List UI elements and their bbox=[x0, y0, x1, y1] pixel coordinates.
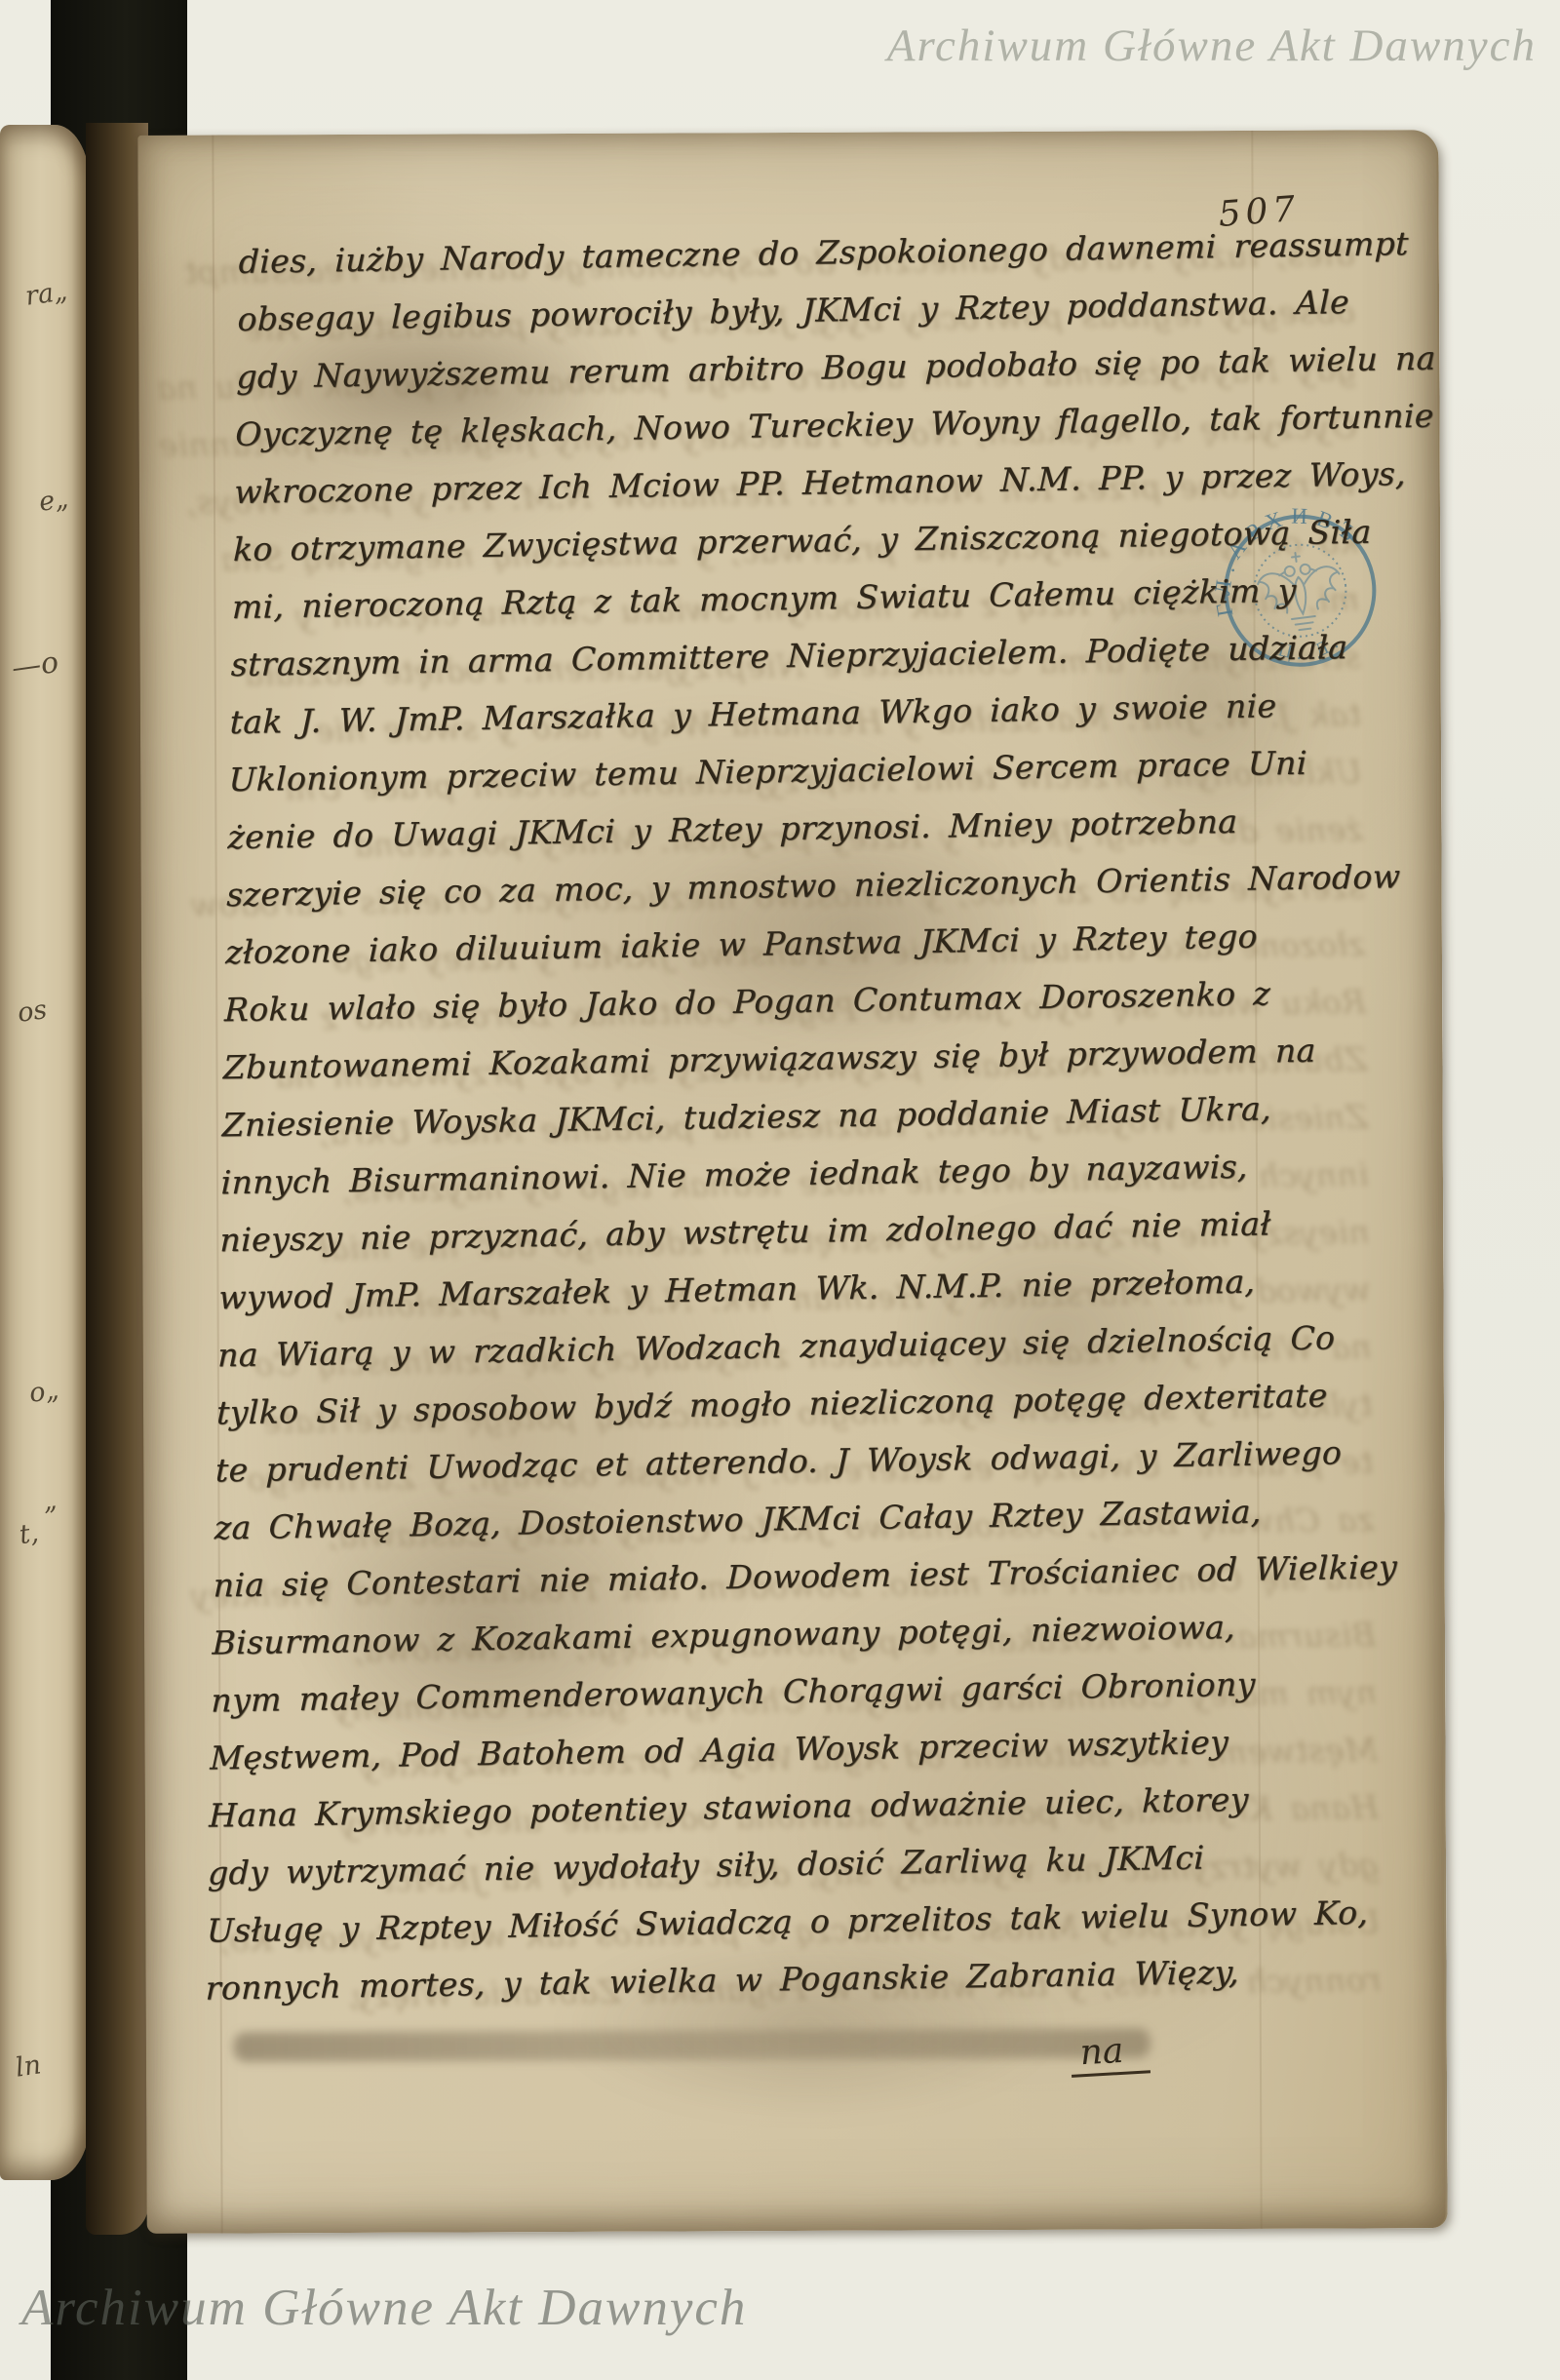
prev-page-text-fragment: os bbox=[16, 996, 49, 1027]
manuscript-page: 507 dies, iużby Narody tameczne do Zspok… bbox=[137, 130, 1447, 2234]
prev-page-text-fragment: „ bbox=[41, 1487, 58, 1515]
prev-page-text-fragment: t, bbox=[18, 1520, 40, 1548]
previous-page-fragments: ra„e„—ooso„„t,ln bbox=[0, 125, 90, 2180]
prev-page-text-fragment: e„ bbox=[37, 486, 69, 516]
catchword: na bbox=[1070, 2032, 1150, 2078]
prev-page-text-fragment: ln bbox=[14, 2051, 43, 2081]
prev-page-text-fragment: o„ bbox=[27, 1377, 60, 1407]
prev-page-text-fragment: —o bbox=[10, 648, 60, 683]
previous-page-edge: ra„e„—ooso„„t,ln bbox=[0, 125, 90, 2180]
prev-page-text-fragment: ra„ bbox=[23, 278, 68, 310]
watermark-top: Archiwum Główne Akt Dawnych bbox=[887, 21, 1537, 72]
archive-scan: ra„e„—ooso„„t,ln 507 dies, iużby Narody … bbox=[0, 0, 1560, 2380]
manuscript-text: dies, iużby Narody tameczne do Zspokoion… bbox=[205, 215, 1384, 2016]
ink-offset-band bbox=[234, 2028, 1150, 2061]
